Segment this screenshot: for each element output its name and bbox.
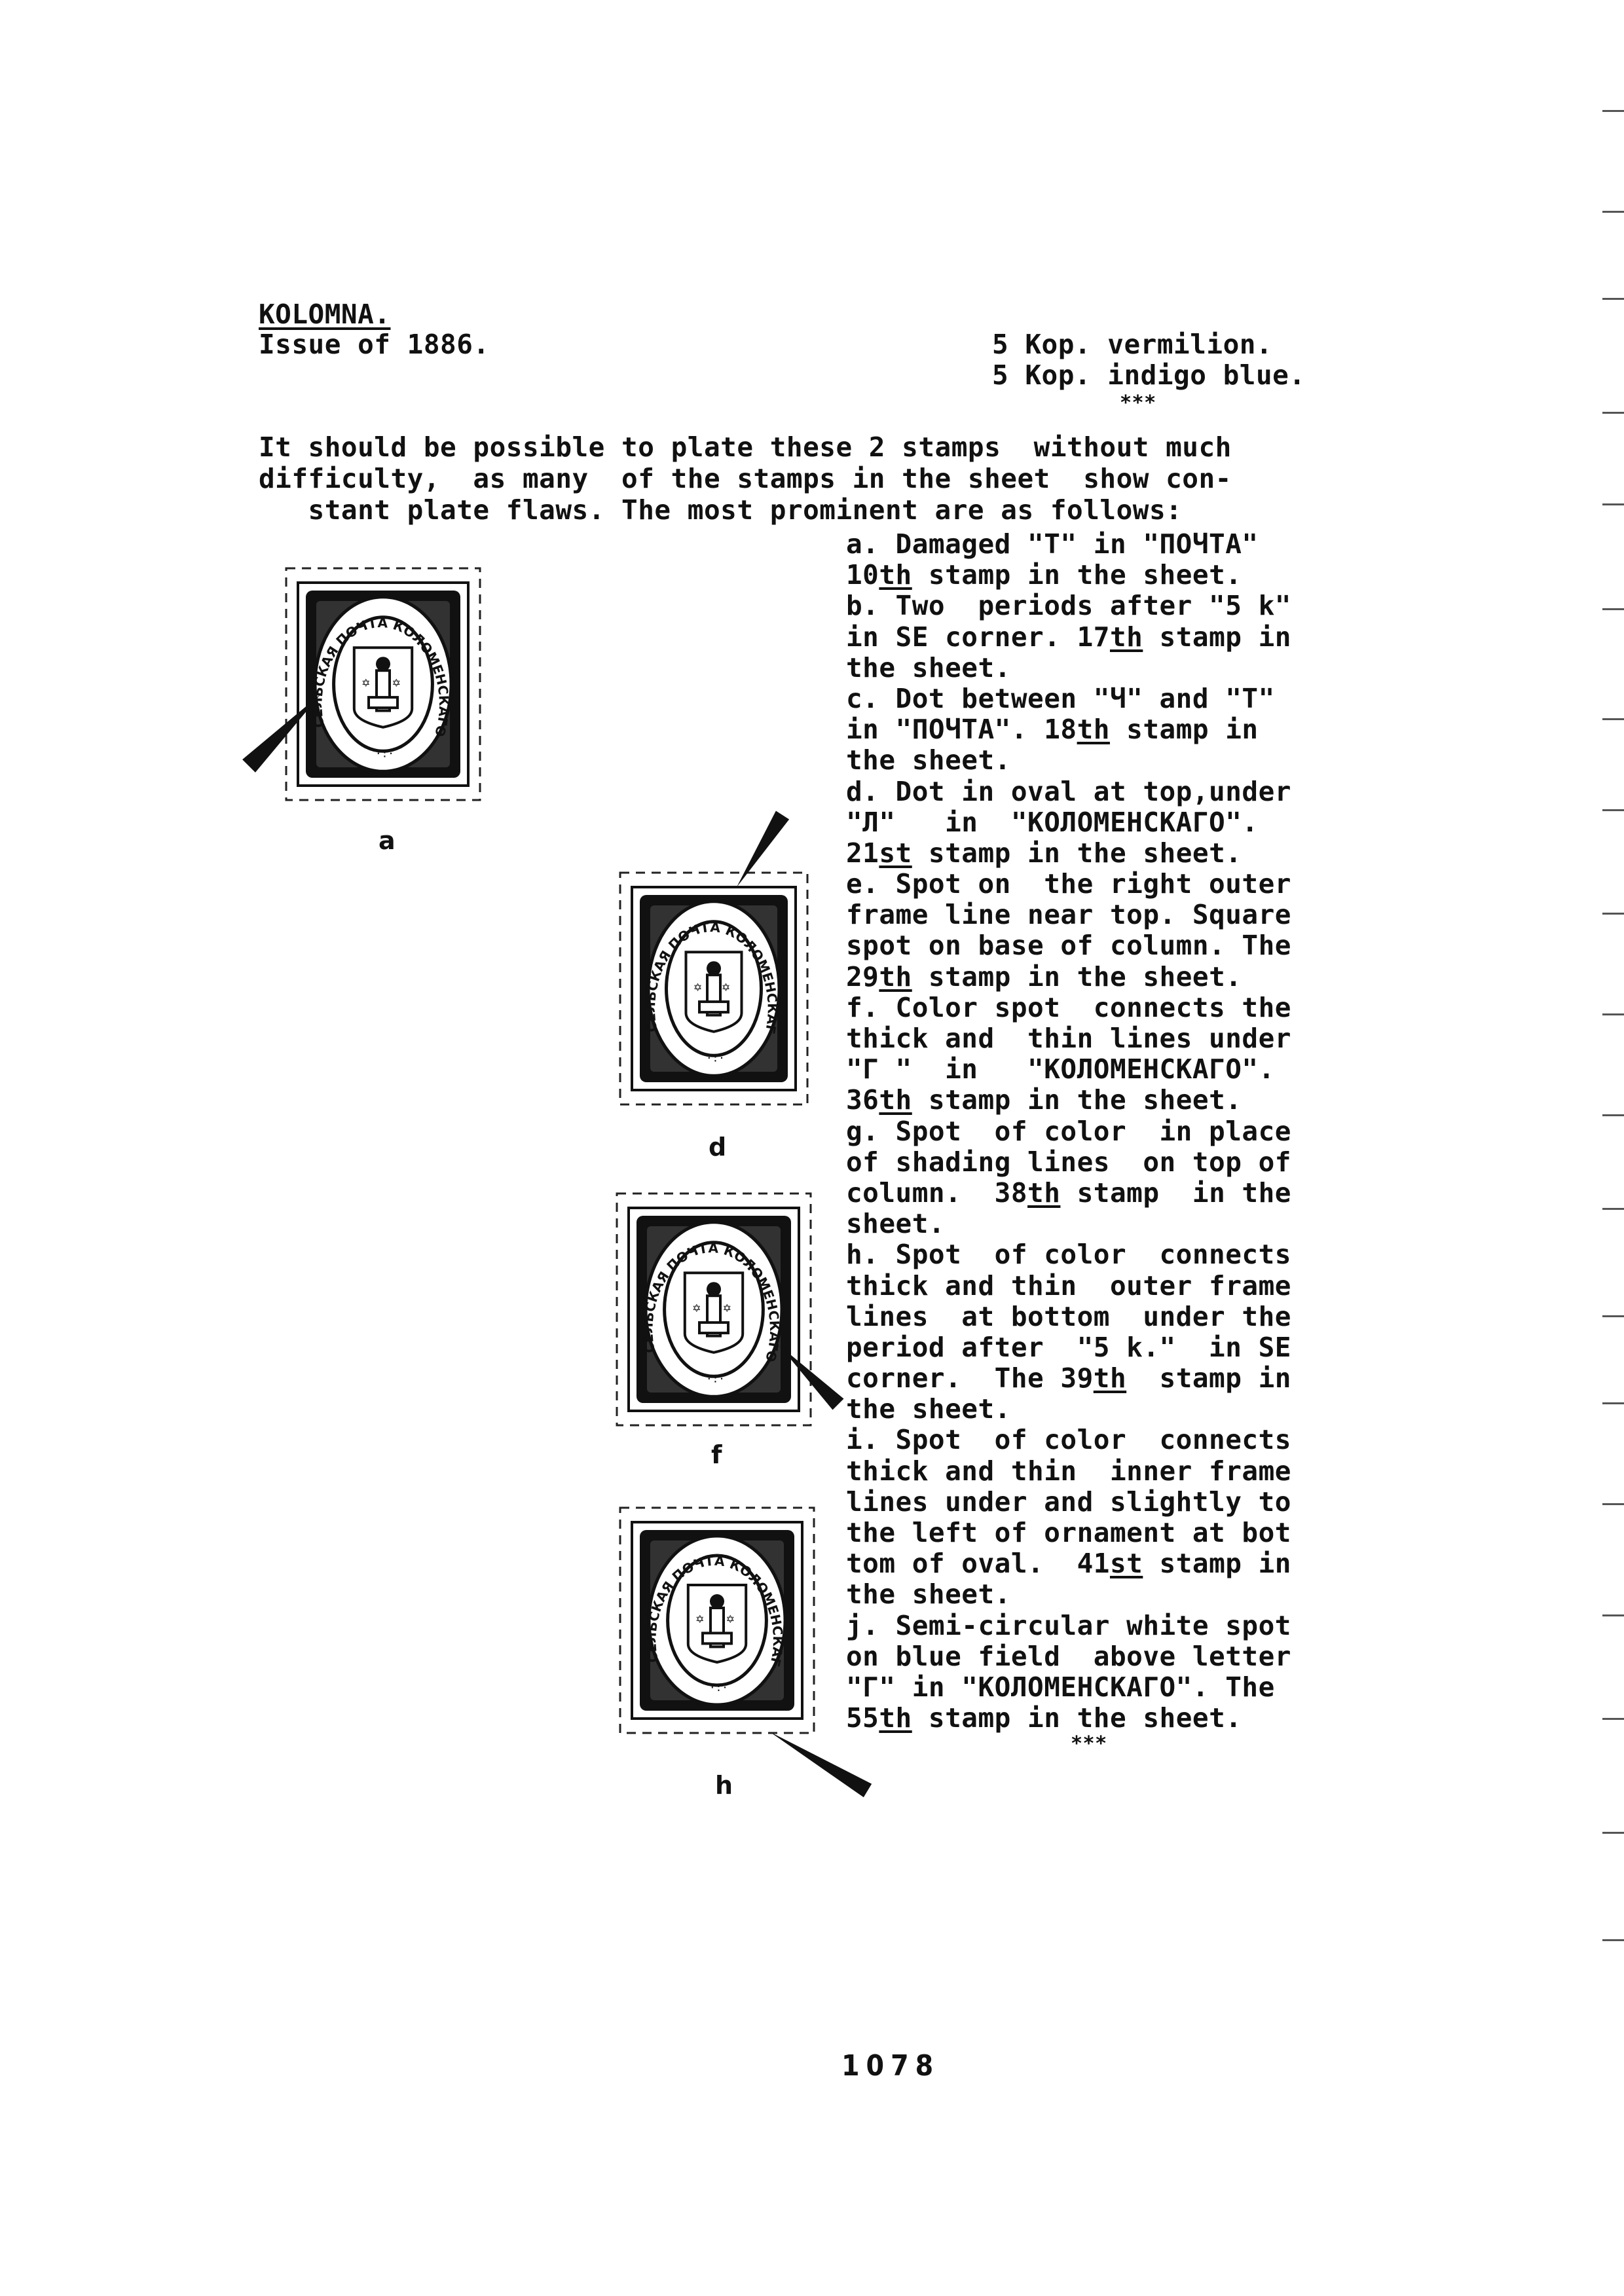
svg-text:✡: ✡ <box>362 674 370 690</box>
margin-tick <box>1602 1114 1624 1116</box>
svg-text:·:·: ·:· <box>375 748 394 760</box>
issue-vermilion: 5 Kop. vermilion. <box>992 329 1272 360</box>
margin-tick <box>1602 1208 1624 1210</box>
margin-tick <box>1602 211 1624 213</box>
margin-tick <box>1602 110 1624 112</box>
margin-tick <box>1602 608 1624 610</box>
margin-tick <box>1602 1013 1624 1015</box>
note-line: sheet. <box>846 1209 1291 1239</box>
margin-tick <box>1602 913 1624 915</box>
note-line: spot on base of column. The <box>846 930 1291 961</box>
stamp-figure-h: СЕЛЬСКАЯ ПОЧТА КОЛОМЕНСКАГО УѢЗДА.✡✡·:· <box>619 1503 815 1738</box>
svg-text:✡: ✡ <box>722 979 730 994</box>
margin-tick <box>1602 1614 1624 1616</box>
svg-text:✡: ✡ <box>696 1611 704 1626</box>
note-line: "Л" in "КОЛОМЕНСКАГО". <box>846 807 1291 838</box>
margin-tick <box>1602 809 1624 811</box>
svg-text:·:·: ·:· <box>706 1052 725 1065</box>
note-line: 10th stamp in the sheet. <box>846 560 1291 591</box>
note-line: of shading lines on top of <box>846 1147 1291 1178</box>
note-line: in SE corner. 17th stamp in <box>846 622 1291 653</box>
intro-line-1: It should be possible to plate these 2 s… <box>259 432 1232 463</box>
end-separator: *** <box>1071 1728 1107 1759</box>
stamp-figure-f: СЕЛЬСКАЯ ПОЧТА КОЛОМЕНСКАГО УѢЗДА.✡✡·:· <box>616 1188 812 1430</box>
issue-indigo-blue: 5 Kop. indigo blue. <box>992 360 1306 391</box>
note-line: frame line near top. Square <box>846 900 1291 930</box>
note-line: tom of oval. 41st stamp in <box>846 1548 1291 1579</box>
page-number: 1078 <box>841 2049 940 2083</box>
note-line: b. Two periods after "5 k" <box>846 591 1291 621</box>
note-line: lines under and slightly to <box>846 1487 1291 1518</box>
margin-tick <box>1602 1718 1624 1720</box>
note-line: 36th stamp in the sheet. <box>846 1085 1291 1116</box>
issue-subtitle: Issue of 1886. <box>259 329 490 360</box>
figure-label-h: h <box>715 1771 733 1800</box>
note-line: a. Damaged "T" in "ПОЧТА" <box>846 529 1291 560</box>
flaw-notes-list: a. Damaged "T" in "ПОЧТА"10th stamp in t… <box>846 529 1291 1734</box>
svg-text:·:·: ·:· <box>709 1681 728 1694</box>
note-line: "Г" in "КОЛОМЕНСКАГО". The <box>846 1672 1291 1703</box>
note-line: j. Semi-circular white spot <box>846 1611 1291 1641</box>
margin-tick <box>1602 1315 1624 1317</box>
margin-tick <box>1602 1832 1624 1834</box>
svg-text:✡: ✡ <box>694 979 702 994</box>
margin-tick <box>1602 298 1624 300</box>
margin-tick <box>1602 718 1624 720</box>
page-title: KOLOMNA. <box>259 299 390 330</box>
note-line: f. Color spot connects the <box>846 993 1291 1023</box>
note-line: thick and thin lines under <box>846 1023 1291 1054</box>
note-line: corner. The 39th stamp in <box>846 1363 1291 1394</box>
margin-tick <box>1602 1503 1624 1505</box>
margin-tick <box>1602 412 1624 414</box>
note-line: g. Spot of color in place <box>846 1116 1291 1147</box>
intro-line-2: difficulty, as many of the stamps in the… <box>259 464 1232 494</box>
note-line: the sheet. <box>846 1579 1291 1610</box>
note-line: the sheet. <box>846 653 1291 683</box>
note-line: column. 38th stamp in the <box>846 1178 1291 1209</box>
stamp-figure-d: СЕЛЬСКАЯ ПОЧТА КОЛОМЕНСКАГО УѢЗДА.✡✡·:· <box>619 867 809 1110</box>
note-line: in "ПОЧТА". 18th stamp in <box>846 714 1291 745</box>
note-line: thick and thin outer frame <box>846 1271 1291 1302</box>
note-line: d. Dot in oval at top,under <box>846 776 1291 807</box>
note-line: c. Dot between "Ч" and "T" <box>846 683 1291 714</box>
note-line: the sheet. <box>846 1394 1291 1425</box>
note-line: on blue field above letter <box>846 1641 1291 1672</box>
svg-text:✡: ✡ <box>723 1300 731 1315</box>
note-line: the left of ornament at bot <box>846 1518 1291 1548</box>
margin-tick <box>1602 1939 1624 1941</box>
note-line: 29th stamp in the sheet. <box>846 962 1291 993</box>
svg-text:·:·: ·:· <box>706 1373 725 1385</box>
document-page: KOLOMNA. Issue of 1886. 5 Kop. vermilion… <box>0 0 1624 2296</box>
svg-text:✡: ✡ <box>392 674 400 690</box>
note-line: thick and thin inner frame <box>846 1456 1291 1487</box>
note-line: 55th stamp in the sheet. <box>846 1703 1291 1734</box>
margin-tick <box>1602 503 1624 505</box>
note-line: e. Spot on the right outer <box>846 869 1291 900</box>
svg-text:✡: ✡ <box>726 1611 734 1626</box>
note-line: the sheet. <box>846 745 1291 776</box>
figure-label-a: a <box>378 826 396 855</box>
svg-text:✡: ✡ <box>693 1300 701 1315</box>
note-line: 21st stamp in the sheet. <box>846 838 1291 869</box>
note-line: i. Spot of color connects <box>846 1425 1291 1455</box>
stamp-figure-a: СЕЛЬСКАЯ ПОЧТА КОЛОМЕНСКАГО УѢЗДА.✡✡·:· <box>285 563 481 805</box>
note-line: h. Spot of color connects <box>846 1239 1291 1270</box>
header-separator: *** <box>1120 388 1156 418</box>
note-line: lines at bottom under the <box>846 1302 1291 1332</box>
note-line: "Г " in "КОЛОМЕНСКАГО". <box>846 1054 1291 1085</box>
note-line: period after "5 k." in SE <box>846 1332 1291 1363</box>
margin-tick <box>1602 1402 1624 1404</box>
